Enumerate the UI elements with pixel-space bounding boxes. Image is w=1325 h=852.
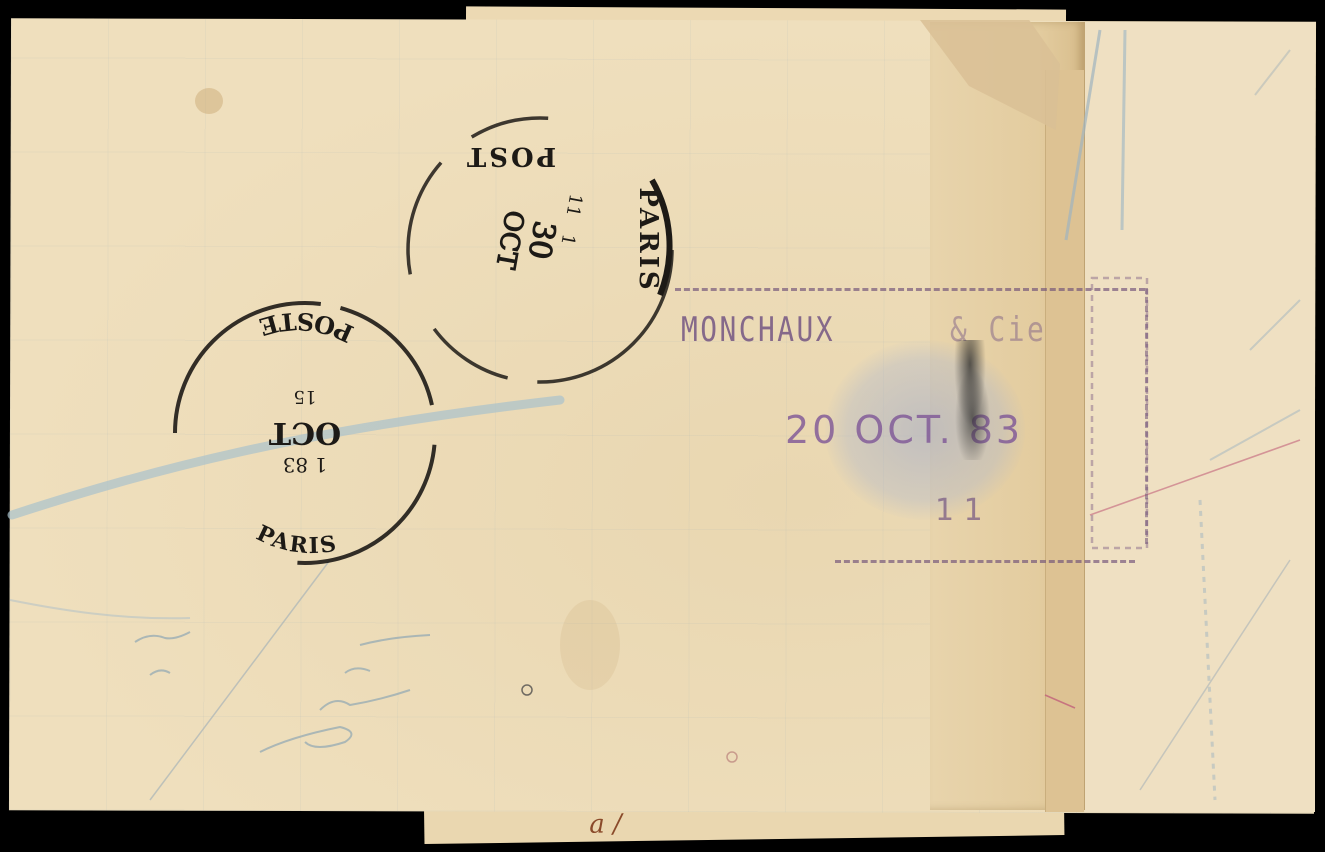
company-receipt-stamp: MONCHAUX & Cie 20 OCT. 83 1 1 bbox=[665, 288, 1155, 573]
company-name: MONCHAUX bbox=[681, 310, 835, 350]
ink-blot bbox=[945, 340, 995, 460]
postmark-ring-text-top: POST bbox=[464, 141, 556, 171]
postmark-line-3: 15 bbox=[294, 386, 317, 407]
stamp-frame-bottom bbox=[835, 560, 1135, 563]
postmark-paris-transit: POST PARIS 11 1 30 OCT bbox=[390, 100, 690, 390]
svg-text:PARIS: PARIS bbox=[252, 520, 339, 559]
postmark-month: OCT bbox=[489, 208, 529, 272]
receipt-hour: 1 1 bbox=[935, 493, 983, 528]
stamp-frame-right bbox=[1145, 288, 1148, 544]
stamp-frame-top bbox=[675, 288, 1145, 291]
postmark-line-1: 1 83 bbox=[283, 453, 328, 477]
postmark-hour: 11 bbox=[561, 192, 586, 218]
postmark-month: OCT bbox=[268, 415, 341, 450]
postmark-city-text: PARIS bbox=[252, 520, 339, 559]
postmark-ring-text-side: PARIS bbox=[633, 187, 663, 292]
